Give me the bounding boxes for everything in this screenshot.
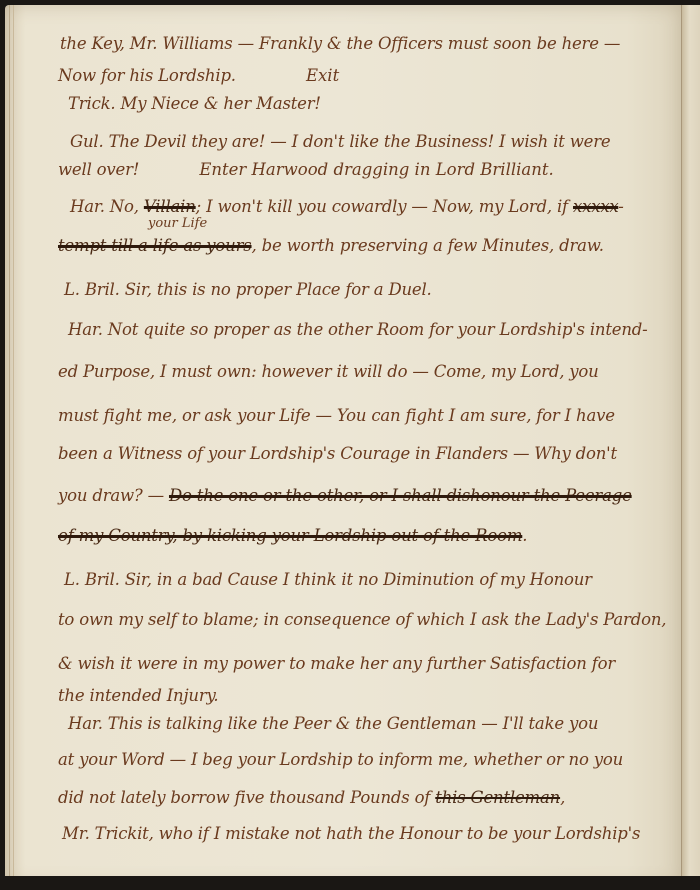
text-line: tempt till a life as yours, be worth pre…	[58, 236, 604, 255]
text-line: well over! Enter Harwood dragging in Lor…	[58, 160, 554, 179]
text-line: L. Bril. Sir, in a bad Cause I think it …	[64, 570, 592, 589]
text-line: did not lately borrow five thousand Poun…	[58, 788, 565, 807]
text-line: Har. This is talking like the Peer & the…	[68, 714, 598, 733]
scan-border	[0, 876, 700, 890]
dialogue-text: ,	[560, 788, 565, 807]
text-line: Gul. The Devil they are! — I don't like …	[70, 132, 610, 151]
struck-text: tempt till a life as yours	[58, 236, 252, 255]
dialogue-text: Har. No,	[70, 197, 139, 216]
struck-text: this Gentleman	[435, 788, 560, 807]
dialogue-text: did not lately borrow five thousand Poun…	[58, 788, 430, 807]
text-line: Now for his Lordship. Exit	[58, 66, 339, 85]
text-line: been a Witness of your Lordship's Courag…	[58, 444, 617, 463]
dialogue-text: well over!	[58, 160, 139, 179]
dialogue-text: .	[522, 526, 527, 545]
text-line: the intended Injury.	[58, 686, 218, 705]
text-line: you draw? — Do the one or the other, or …	[58, 486, 632, 505]
text-line: L. Bril. Sir, this is no proper Place fo…	[64, 280, 432, 299]
struck-text: Do the one or the other, or I shall dish…	[169, 486, 632, 505]
text-line: the Key, Mr. Williams — Frankly & the Of…	[60, 34, 620, 53]
text-line: & wish it were in my power to make her a…	[58, 654, 615, 673]
struck-text: Villain	[144, 197, 196, 216]
text-line: Mr. Trickit, who if I mistake not hath t…	[62, 824, 640, 843]
text-line: of my Country, by kicking your Lordship …	[58, 526, 527, 545]
text-line: to own my self to blame; in consequence …	[58, 610, 666, 629]
dialogue-text: Now for his Lordship.	[58, 66, 236, 85]
struck-text: of my Country, by kicking your Lordship …	[58, 526, 522, 545]
facing-page-edge	[681, 5, 700, 885]
dialogue-text: ; I won't kill you cowardly — Now, my Lo…	[196, 197, 568, 216]
text-line: at your Word — I beg your Lordship to in…	[58, 750, 623, 769]
struck-text: xxxxx	[573, 197, 618, 216]
text-line: Har. No, Villain; I won't kill you cowar…	[70, 197, 624, 216]
text-line: must fight me, or ask your Life — You ca…	[58, 406, 615, 425]
stage-direction: Exit	[306, 66, 339, 85]
interlinear-insertion: your Life	[148, 216, 207, 231]
text-line: Har. Not quite so proper as the other Ro…	[68, 320, 648, 339]
text-line: Trick. My Niece & her Master!	[68, 94, 321, 113]
dialogue-text: , be worth preserving a few Minutes, dra…	[252, 236, 604, 255]
stage-direction: Enter Harwood dragging in Lord Brilliant…	[199, 160, 553, 179]
text-line: ed Purpose, I must own: however it will …	[58, 362, 599, 381]
page-binding-edge	[9, 5, 14, 881]
dialogue-text: -	[618, 197, 623, 216]
dialogue-text: you draw? —	[58, 486, 164, 505]
